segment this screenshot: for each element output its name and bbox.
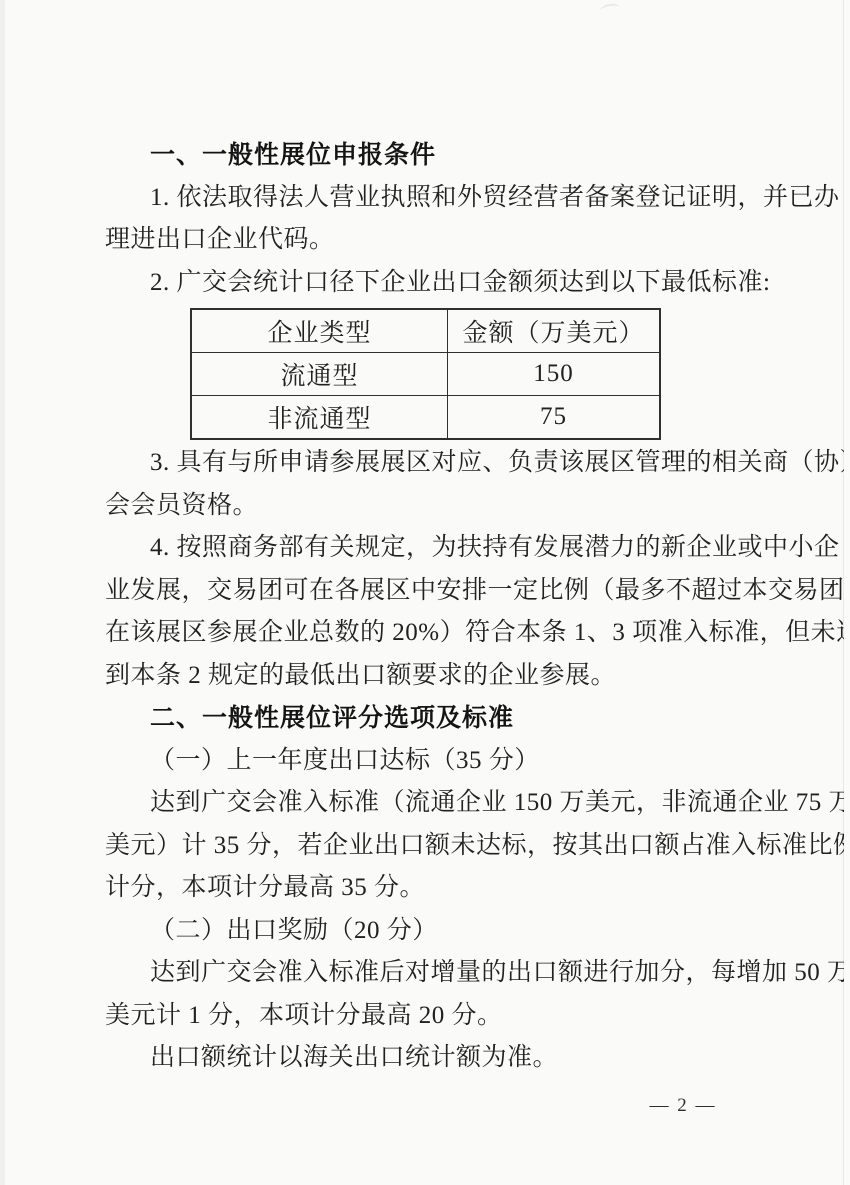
- paragraph-line: 3. 具有与所申请参展展区对应、负责该展区管理的相关商（协）: [105, 442, 805, 485]
- subsection-2-heading: （二）出口奖励（20 分）: [105, 910, 805, 953]
- scanned-document-page: 一、一般性展位申报条件 1. 依法取得法人营业执照和外贸经营者备案登记证明，并已…: [0, 0, 850, 1185]
- paragraph-line: 业发展，交易团可在各展区中安排一定比例（最多不超过本交易团: [105, 570, 805, 613]
- section-1-heading: 一、一般性展位申报条件: [105, 134, 805, 177]
- paragraph-line: 理进出口企业代码。: [105, 219, 805, 262]
- table-header-row: 企业类型 金额（万美元）: [191, 309, 660, 353]
- table-cell: 流通型: [191, 353, 448, 396]
- paragraph-line: 达到广交会准入标准后对增量的出口额进行加分，每增加 50 万: [105, 952, 805, 995]
- paragraph-line: 到本条 2 规定的最低出口额要求的企业参展。: [105, 655, 805, 698]
- paragraph-line: 达到广交会准入标准（流通企业 150 万美元，非流通企业 75 万: [105, 782, 805, 825]
- page-number: — 2 —: [618, 1095, 748, 1117]
- section-2-heading: 二、一般性展位评分选项及标准: [105, 697, 805, 740]
- paragraph-line: 在该展区参展企业总数的 20%）符合本条 1、3 项准入标准，但未达: [105, 612, 805, 655]
- scan-left-edge: [0, 0, 5, 1185]
- paragraph-line: 计分，本项计分最高 35 分。: [105, 867, 805, 910]
- scan-artifact: [599, 2, 621, 16]
- paragraph-line: 4. 按照商务部有关规定，为扶持有发展潜力的新企业或中小企: [105, 527, 805, 570]
- table-cell: 150: [448, 353, 661, 396]
- paragraph-line: 2. 广交会统计口径下企业出口金额须达到以下最低标准:: [105, 262, 805, 305]
- table-cell: 非流通型: [191, 396, 448, 440]
- table-row: 流通型 150: [191, 353, 660, 396]
- document-body: 一、一般性展位申报条件 1. 依法取得法人营业执照和外贸经营者备案登记证明，并已…: [105, 134, 805, 1080]
- subsection-1-heading: （一）上一年度出口达标（35 分）: [105, 740, 805, 783]
- export-minimum-standards-table: 企业类型 金额（万美元） 流通型 150 非流通型 75: [190, 308, 661, 440]
- paragraph-line: 1. 依法取得法人营业执照和外贸经营者备案登记证明，并已办: [105, 177, 805, 220]
- table-cell: 75: [448, 396, 661, 440]
- paragraph-line: 美元计 1 分，本项计分最高 20 分。: [105, 995, 805, 1038]
- table-row: 非流通型 75: [191, 396, 660, 440]
- paragraph-line: 美元）计 35 分，若企业出口额未达标，按其出口额占准入标准比例: [105, 825, 805, 868]
- table-header-cell: 金额（万美元）: [448, 309, 661, 353]
- note-line: 出口额统计以海关出口统计额为准。: [105, 1037, 805, 1080]
- paragraph-line: 会会员资格。: [105, 485, 805, 528]
- table-header-cell: 企业类型: [191, 309, 448, 353]
- scan-right-edge: [844, 0, 850, 1185]
